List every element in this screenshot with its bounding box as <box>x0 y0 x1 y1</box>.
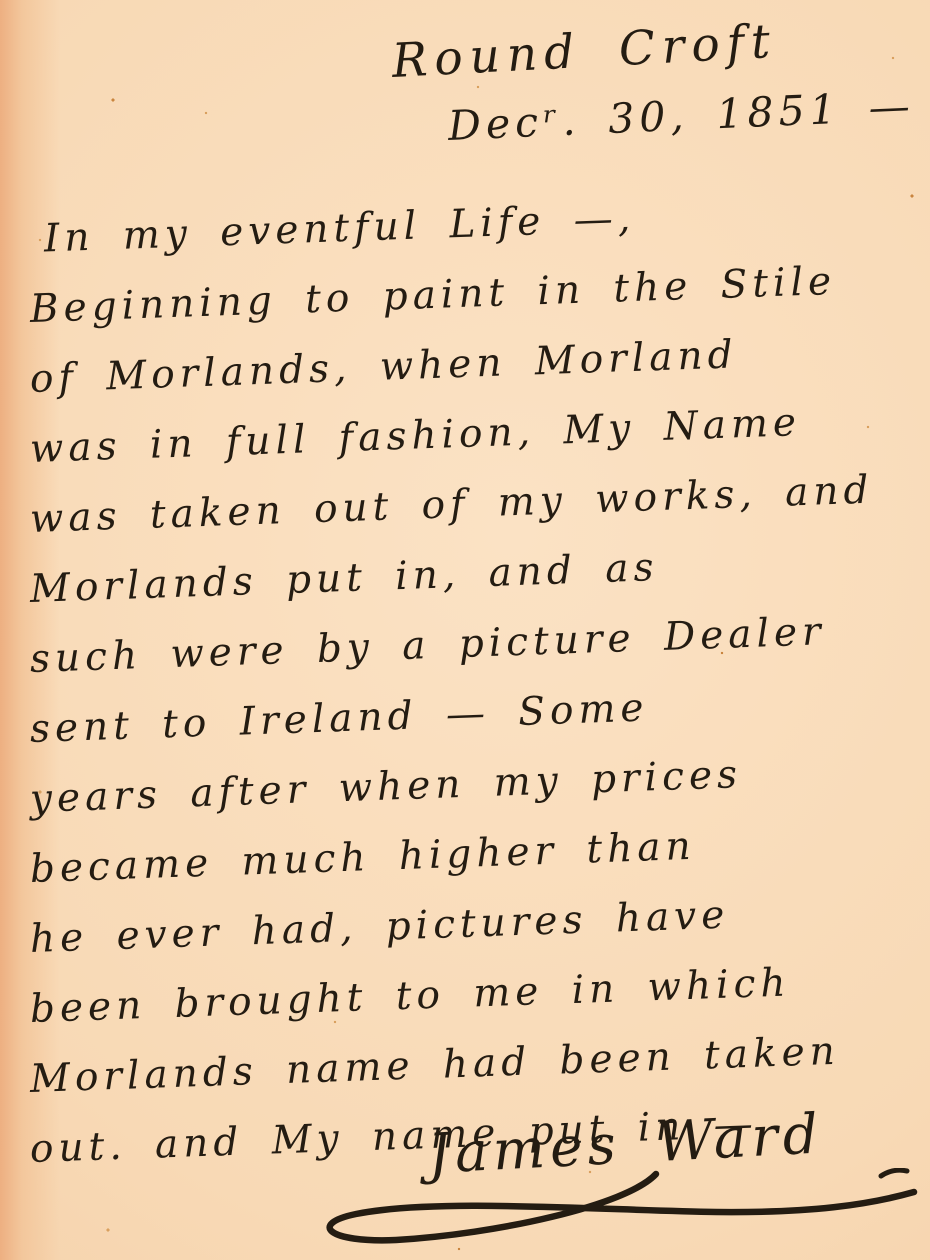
letter-body: In my eventful Life —,Beginning to paint… <box>30 205 910 1185</box>
signature-flourish <box>296 1168 928 1260</box>
